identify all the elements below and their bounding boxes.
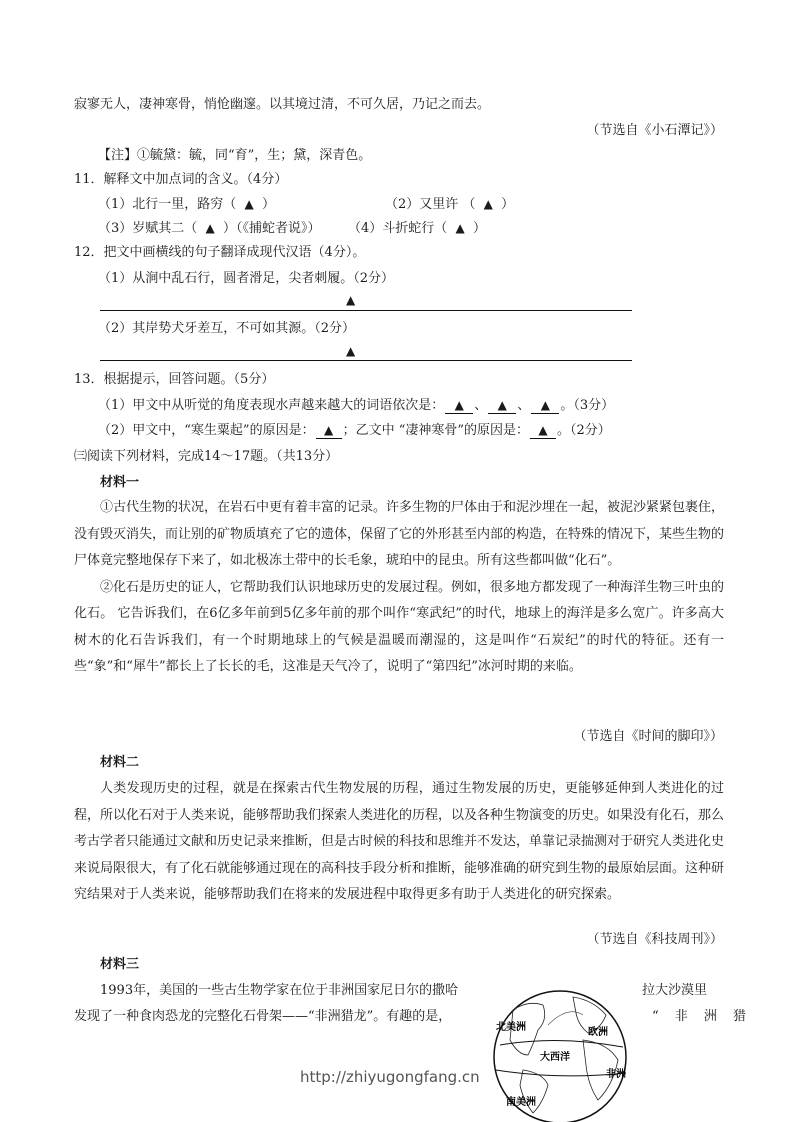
material-3-heading: 材料三 [100, 952, 139, 978]
globe-map-illustration: 北美洲 欧洲 大西洋 非洲 南美洲 [488, 985, 638, 1122]
q13-item-2-prompt-b: ；乙文中 “凄神寒骨”的原因是： [343, 423, 529, 438]
q11-item-2: （2）又里许 （ ▲ ） [385, 191, 514, 217]
material-1-paragraph-1: ①古代生物的状况，在岩石中更有着丰富的记录。许多生物的尸体由于和泥沙埋在一起，被… [74, 495, 724, 575]
material-2-heading: 材料二 [100, 750, 139, 776]
q11-item-1-label: （1）北行一里，路穷（ [98, 197, 236, 212]
separator: 、 [517, 398, 530, 413]
watermark-url: http://zhiyugongfang.cn [300, 1068, 480, 1086]
section-3-title: ㈢阅读下列材料，完成14～17题。（共13分） [74, 444, 338, 470]
q12-item-2: （2）其岸势犬牙差互，不可如其源。（2分） [98, 316, 355, 342]
answer-blank[interactable]: ▲ [245, 197, 254, 211]
material-3-line-1-left: 1993年，美国的一些古生物学家在位于非洲国家尼日尔的撒哈 [100, 978, 458, 1004]
answer-blank[interactable]: ▲ [531, 397, 559, 414]
label-atlantic: 大西洋 [540, 1050, 570, 1063]
answer-blank[interactable]: ▲ [488, 397, 516, 414]
answer-blank[interactable]: ▲ [456, 221, 465, 235]
answer-blank[interactable]: ▲ [484, 197, 493, 211]
material-1-paragraph-2: ②化石是历史的证人，它帮助我们认识地球历史的发展过程。例如，很多地方都发现了一种… [74, 575, 724, 681]
globe-icon: 北美洲 欧洲 大西洋 非洲 南美洲 [488, 985, 638, 1122]
q13-item-1: （1）甲文中从听觉的角度表现水声越来越大的词语依次是：▲、▲、▲。（3分） [98, 393, 614, 419]
q13-item-1-prompt: （1）甲文中从听觉的角度表现水声越来越大的词语依次是： [98, 398, 444, 413]
answer-blank[interactable]: ▲ [346, 293, 355, 307]
q11-item-1-close: ） [262, 197, 275, 212]
material-3-line-1-right: 拉大沙漠里 [642, 978, 707, 1004]
q11-title: 11．解释文中加点词的含义。（4分） [74, 167, 287, 193]
material-1-heading: 材料一 [100, 470, 139, 496]
label-south-america: 南美洲 [506, 1095, 536, 1108]
material-2-source: （节选自《科技周刊》） [586, 927, 723, 953]
answer-blank[interactable]: ▲ [445, 397, 473, 414]
material-1-source: （节选自《时间的脚印》） [573, 724, 723, 750]
material-2-paragraph-1: 人类发现历史的过程，就是在探索古代生物发展的历程，通过生物发展的历史，更能够延伸… [74, 776, 724, 909]
q11-item-1: （1）北行一里，路穷（ ▲ ） [98, 191, 275, 217]
label-europe: 欧洲 [588, 1025, 608, 1038]
q11-item-3-close: ）（《捕蛇者说》） [223, 221, 321, 236]
q11-item-2-label: （2）又里许 （ [385, 197, 475, 212]
material-2-body: 人类发现历史的过程，就是在探索古代生物发展的历程，通过生物发展的历史，更能够延伸… [74, 776, 724, 909]
answer-blank[interactable]: ▲ [316, 422, 342, 439]
answer-blank[interactable]: ▲ [346, 344, 355, 358]
q12-item-1: （1）从涧中乱石行，圆者滑足，尖者刺履。（2分） [98, 266, 394, 292]
q11-item-3: （3）岁赋其二（ ▲ ）（《捕蛇者说》） [98, 215, 321, 241]
q11-item-4: （4）斗折蛇行（ ▲ ） [348, 215, 486, 241]
q13-item-2-prompt-a: （2）甲文中，“寒生粟起”的原因是： [98, 423, 315, 438]
q13-title: 13．根据提示，回答问题。（5分） [74, 367, 274, 393]
q11-item-4-close: ） [473, 221, 486, 236]
passage-closing-line: 寂寥无人，凄神寒骨，悄怆幽邃。以其境过清，不可久居，乃记之而去。 [74, 92, 490, 118]
annotation-note: 【注】①毓黛：毓，同“育”，生；黛，深青色。 [98, 143, 371, 169]
material-3-line-2-left: 发现了一种食肉恐龙的完整化石骨架——“非洲猎龙”。有趣的是， [74, 1004, 451, 1030]
separator: 、 [474, 398, 487, 413]
answer-line-1[interactable] [100, 310, 632, 311]
passage-source: （节选自《小石潭记》） [586, 118, 723, 144]
label-north-america: 北美洲 [496, 1020, 526, 1033]
q11-item-3-label: （3）岁赋其二（ [98, 221, 197, 236]
q13-item-2: （2）甲文中，“寒生粟起”的原因是：▲；乙文中 “凄神寒骨”的原因是：▲。（2分… [98, 418, 611, 444]
q12-title: 12．把文中画横线的句子翻译成现代汉语（4分）。 [74, 240, 365, 266]
material-3-line-2-right: “ 非 洲 猎 [652, 1004, 752, 1030]
answer-blank[interactable]: ▲ [206, 221, 215, 235]
q11-item-4-label: （4）斗折蛇行（ [348, 221, 447, 236]
q13-item-1-score: 。（3分） [560, 398, 614, 413]
answer-line-2[interactable] [100, 360, 632, 361]
material-1-body: ①古代生物的状况，在岩石中更有着丰富的记录。许多生物的尸体由于和泥沙埋在一起，被… [74, 495, 724, 681]
q11-item-2-close: ） [501, 197, 514, 212]
label-africa: 非洲 [606, 1067, 626, 1080]
answer-blank[interactable]: ▲ [530, 422, 556, 439]
q13-item-2-score: 。（2分） [557, 423, 611, 438]
